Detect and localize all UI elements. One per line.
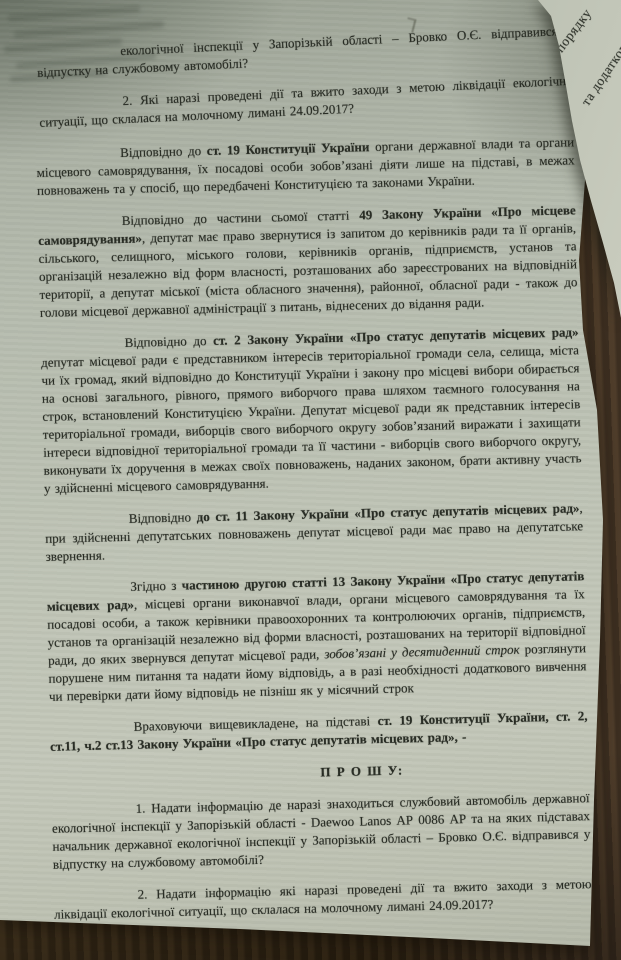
overlay-rotated-text-1: порядку — [552, 6, 595, 56]
overlay-rotated-text-2: та додатков — [578, 41, 621, 109]
photographed-document-scene: екологічної інспекції у Запорізькій обла… — [0, 0, 621, 960]
overlay-page-corner: порядку та додатков — [0, 0, 621, 960]
overlay-page-corner-shadow: порядку та додатков — [0, 0, 621, 960]
